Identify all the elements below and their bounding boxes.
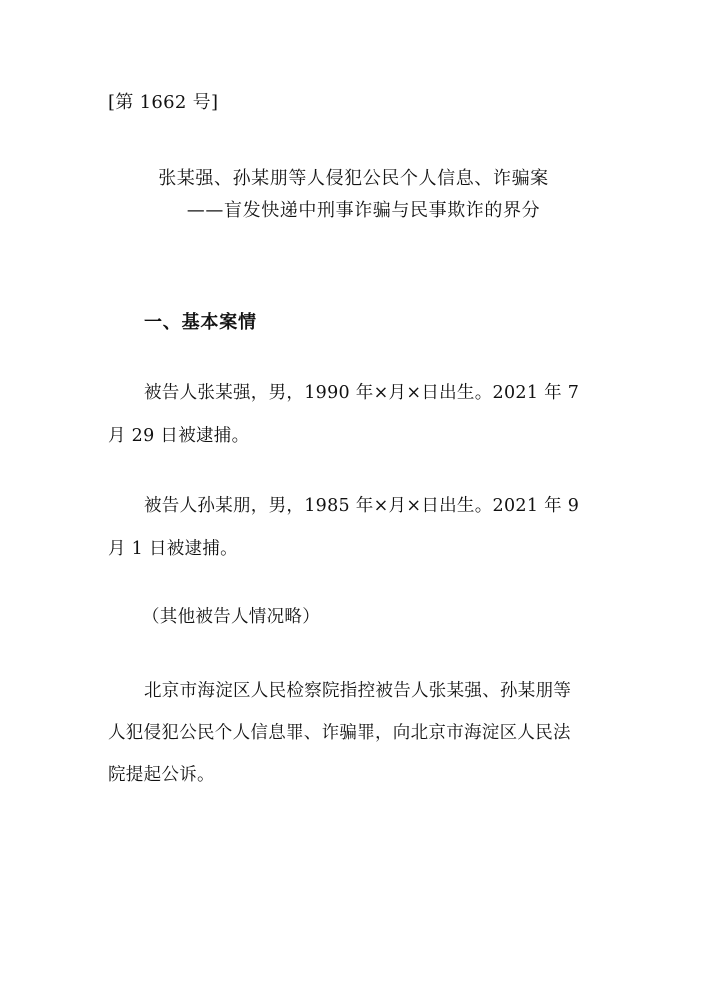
paragraph-line: 人犯侵犯公民个人信息罪、诈骗罪，向北京市海淀区人民法 bbox=[108, 722, 571, 744]
paragraph-line: 月 29 日被逮捕。 bbox=[108, 425, 249, 447]
paragraph-line: 月 1 日被逮捕。 bbox=[108, 538, 238, 560]
paragraph-line: （其他被告人情况略） bbox=[142, 606, 320, 628]
case-number: [第 1662 号] bbox=[108, 92, 218, 114]
paragraph-line: 被告人孙某朋，男，1985 年×月×日出生。2021 年 9 bbox=[144, 495, 579, 517]
document-subtitle: ——盲发快递中刑事诈骗与民事欺诈的界分 bbox=[0, 200, 707, 222]
paragraph-line: 被告人张某强，男，1990 年×月×日出生。2021 年 7 bbox=[144, 382, 579, 404]
paragraph-line: 院提起公诉。 bbox=[108, 764, 215, 786]
document-title: 张某强、孙某朋等人侵犯公民个人信息、诈骗案 bbox=[0, 168, 707, 190]
section-heading: 一、基本案情 bbox=[144, 312, 257, 334]
paragraph-line: 北京市海淀区人民检察院指控被告人张某强、孙某朋等 bbox=[144, 680, 571, 702]
